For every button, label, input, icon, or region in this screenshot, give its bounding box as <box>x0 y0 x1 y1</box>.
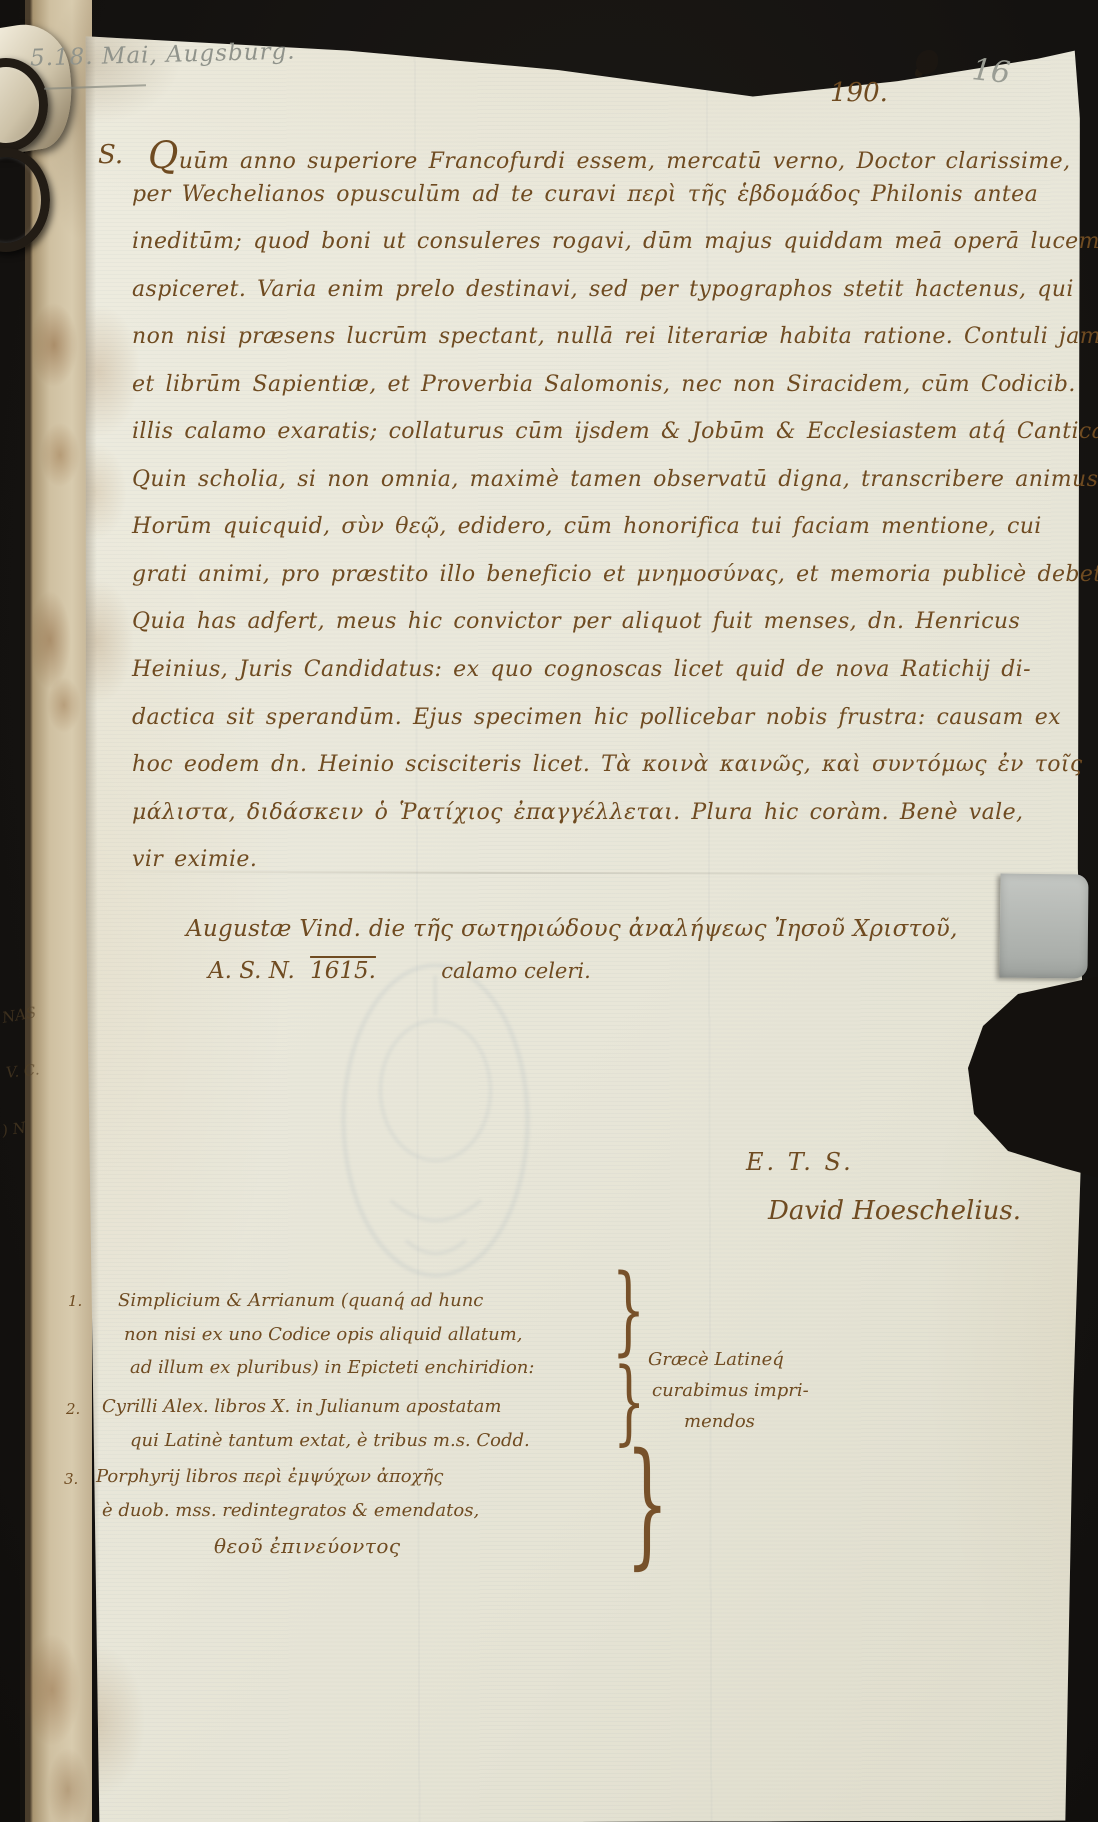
manuscript-line: Cyrilli Alex. libros X. in Julianum apos… <box>102 1390 530 1424</box>
era-abbreviation: A. S. N. <box>208 958 295 984</box>
manuscript-line: Horūm quicquid, σὺν θεῷ, edidero, cūm ho… <box>132 514 1098 562</box>
list-number: 1. <box>68 1292 82 1310</box>
year: 1615. <box>310 958 376 984</box>
ink-smudge <box>916 50 938 74</box>
brace-side-note: Græcè Latineq́ curabimus impri- mendos <box>648 1344 809 1437</box>
manuscript-line: dactica sit sperandūm. Ejus specimen hic… <box>132 705 1098 753</box>
manuscript-line: mendos <box>684 1406 809 1437</box>
manuscript-line: Heinius, Juris Candidatus: ex quo cognos… <box>132 657 1098 705</box>
manuscript-line: per Wechelianos opusculūm ad te curavi π… <box>132 182 1098 230</box>
manuscript-line: curabimus impri- <box>652 1375 809 1406</box>
folio-number-ink: 190. <box>830 78 888 108</box>
edge-writing-fragment: NAS <box>1 1003 38 1027</box>
list-number: 2. <box>66 1400 80 1418</box>
edge-writing-fragment: ) N <box>1 1118 27 1139</box>
manuscript-line: Quia has adfert, meus hic convictor per … <box>132 609 1098 657</box>
manuscript-line: qui Latinè tantum extat, è tribus m.s. C… <box>130 1424 530 1458</box>
edge-writing-fragment: V. C. <box>5 1060 40 1081</box>
manuscript-line: Græcè Latineq́ <box>648 1344 809 1375</box>
dateline: Augustæ Vind. die τῆς σωτηριώδους ἀναλήψ… <box>186 916 958 942</box>
list-item: Porphyrij libros περὶ ἐμψύχων ἀποχῆς è d… <box>96 1460 479 1527</box>
letter-body: Quūm anno superiore Francofurdi essem, m… <box>132 134 1098 895</box>
manuscript-line: ineditūm; quod boni ut consuleres rogavi… <box>132 229 1098 277</box>
list-item: Cyrilli Alex. libros X. in Julianum apos… <box>102 1390 530 1457</box>
manuscript-line: Quin scholia, si non omnia, maximè tamen… <box>132 467 1098 515</box>
manuscript-line: vir eximie. <box>132 847 1098 895</box>
manuscript-line: ad illum ex pluribus) in Epicteti enchir… <box>130 1351 534 1385</box>
manuscript-line: non nisi ex uno Codice opis aliquid alla… <box>124 1318 534 1352</box>
list-item: Simplicium & Arrianum (quanq́ ad hunc no… <box>118 1284 534 1385</box>
parchment-stains <box>20 0 92 1822</box>
closing-greek: θεοῦ ἐπινεύοντος <box>214 1534 401 1558</box>
manuscript-line: grati animi, pro præstito illo beneficio… <box>132 562 1098 610</box>
manuscript-line: aspiceret. Varia enim prelo destinavi, s… <box>132 277 1098 325</box>
grouping-brace: } <box>612 1268 646 1352</box>
manuscript-line: illis calamo exaratis; collaturus cūm ij… <box>132 419 1098 467</box>
seal-show-through <box>320 940 551 1301</box>
dateline-year-row: A. S. N. 1615. calamo celeri. <box>208 958 591 984</box>
manuscript-line: Simplicium & Arrianum (quanq́ ad hunc <box>118 1284 534 1318</box>
manuscript-line: Porphyrij libros περὶ ἐμψύχων ἀποχῆς <box>96 1460 479 1494</box>
manuscript-scan: 5.18. Mai, Augsburg. 190. 16 S. Quūm ann… <box>0 0 1098 1822</box>
bookmark-tab <box>999 874 1088 979</box>
calamo-note: calamo celeri. <box>441 959 591 983</box>
book-gutter-edge <box>20 0 92 1822</box>
manuscript-line: hoc eodem dn. Heinio scisciteris licet. … <box>132 752 1098 800</box>
manuscript-line: è duob. mss. redintegratos & emendatos, <box>102 1494 479 1528</box>
manuscript-line: Quūm anno superiore Francofurdi essem, m… <box>132 134 1098 182</box>
closing-initials: E. T. S. <box>746 1148 854 1176</box>
manuscript-line: et librūm Sapientiæ, et Proverbia Salomo… <box>132 372 1098 420</box>
page-number-pencil: 16 <box>970 52 1012 91</box>
signature: David Hoeschelius. <box>768 1196 1021 1226</box>
grouping-brace: } <box>626 1444 669 1564</box>
salutation: S. <box>98 140 123 170</box>
manuscript-line: non nisi præsens lucrūm spectant, nullā … <box>132 324 1098 372</box>
manuscript-line: μάλιστα, διδάσκειν ὁ Ῥατίχιος ἐπαγγέλλετ… <box>132 800 1098 848</box>
list-number: 3. <box>64 1470 78 1488</box>
gutter-marginalia: NAS V. C. ) N <box>0 958 64 1188</box>
